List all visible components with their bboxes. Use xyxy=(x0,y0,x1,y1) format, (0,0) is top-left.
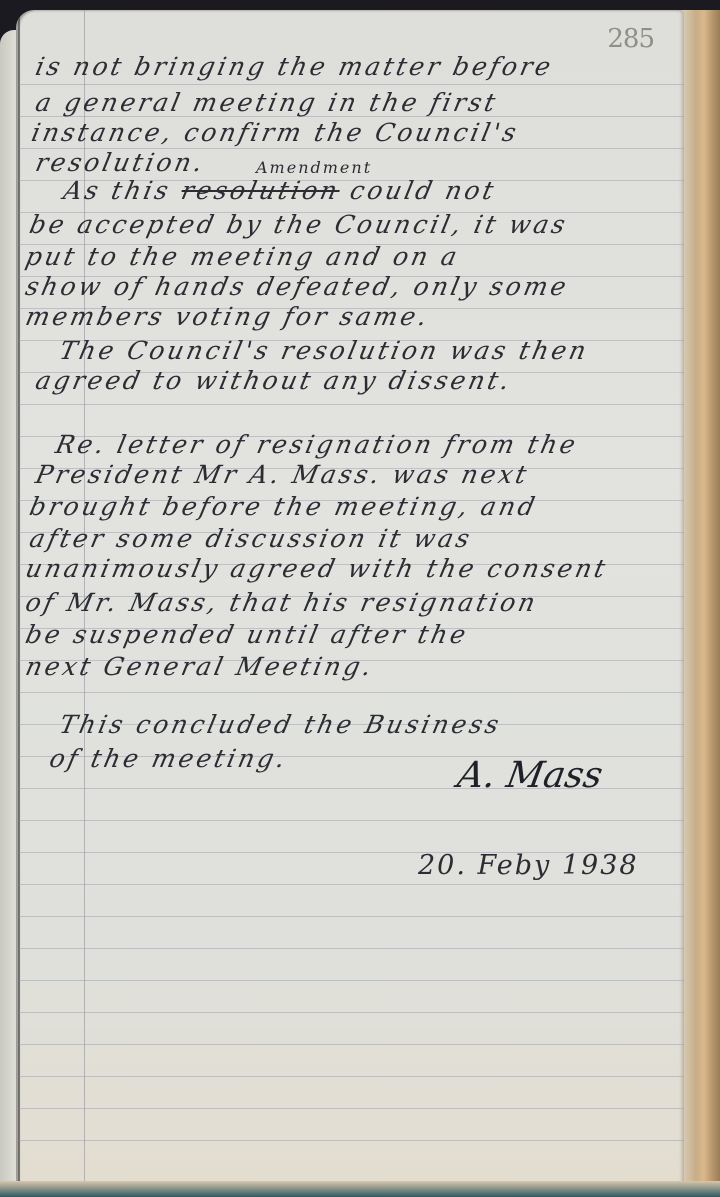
signature: A. Mass xyxy=(454,755,605,796)
handwritten-line: is not bringing the matter before xyxy=(33,52,556,81)
handwritten-line: instance, confirm the Council's xyxy=(29,118,522,147)
rule-line xyxy=(16,1140,684,1141)
rule-line xyxy=(16,404,684,405)
handwritten-line: This concluded the Business xyxy=(57,710,504,739)
handwritten-line: agreed to without any dissent. xyxy=(33,366,515,395)
handwritten-line: President Mr A. Mass. was next xyxy=(33,460,532,489)
ledger-page: 285 is not bringing the matter before a … xyxy=(16,10,684,1185)
rule-line xyxy=(16,1044,684,1045)
handwritten-line: of Mr. Mass, that his resignation xyxy=(23,588,541,617)
binding-line xyxy=(18,10,20,1185)
handwritten-line: be suspended until after the xyxy=(23,620,471,649)
handwritten-line-with-correction: As this resolution could not xyxy=(61,176,499,205)
rule-line xyxy=(16,948,684,949)
handwritten-line: a general meeting in the first xyxy=(33,88,501,117)
handwritten-line: of the meeting. xyxy=(47,744,291,773)
line-text: could not xyxy=(337,176,499,205)
handwritten-line: be accepted by the Council, it was xyxy=(27,210,571,239)
struck-word: resolution xyxy=(179,176,343,205)
rule-line xyxy=(16,1108,684,1109)
rule-line xyxy=(16,980,684,981)
signature-date: 20. Feby 1938 xyxy=(418,850,639,881)
rule-line xyxy=(16,1076,684,1077)
handwritten-line: Re. letter of resignation from the xyxy=(53,430,581,459)
handwritten-line: The Council's resolution was then xyxy=(57,336,592,365)
handwritten-line: members voting for same. xyxy=(23,302,433,331)
rule-line xyxy=(16,1012,684,1013)
line-text: As this xyxy=(61,176,185,205)
rule-line xyxy=(16,916,684,917)
inserted-correction: Amendment xyxy=(256,158,372,177)
book-page-edges xyxy=(680,10,720,1197)
handwritten-line: after some discussion it was xyxy=(27,524,475,553)
page-number: 285 xyxy=(607,24,654,54)
rule-line xyxy=(16,692,684,693)
rule-line xyxy=(16,884,684,885)
handwritten-line: unanimously agreed with the consent xyxy=(23,554,611,583)
book-bottom-edge xyxy=(0,1181,720,1197)
handwritten-line: put to the meeting and on a xyxy=(23,242,463,271)
rule-line xyxy=(16,84,684,85)
handwritten-line: show of hands defeated, only some xyxy=(23,272,572,301)
rule-line xyxy=(16,820,684,821)
handwritten-line: brought before the meeting, and xyxy=(27,492,540,521)
handwritten-line: resolution. xyxy=(33,148,208,177)
handwritten-line: next General Meeting. xyxy=(23,652,377,681)
